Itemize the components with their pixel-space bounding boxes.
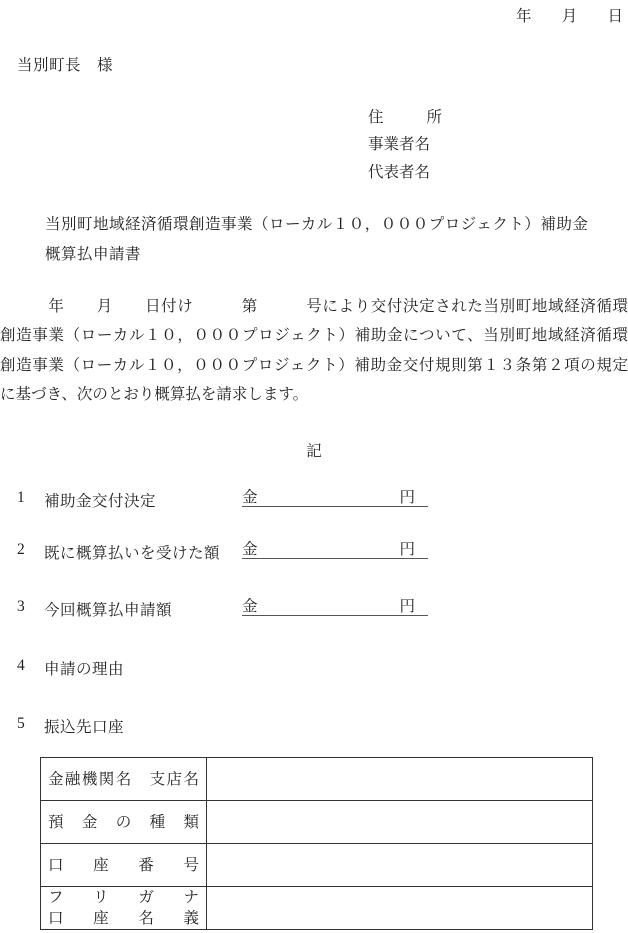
item-number: 1 — [17, 489, 25, 507]
amount-field-grant-decision[interactable]: 金 円 — [242, 489, 428, 507]
amount-prefix: 金 — [242, 541, 258, 558]
body-paragraph: 年 月 日付け 第 号により交付決定された当別町地域経済循環 創造事業（ローカル… — [0, 292, 628, 409]
account-holder-label-cell: フ リ ガ ナ 口 座 名 義 — [41, 887, 207, 929]
bank-account-table: 金融機関名 支店名 預 金 の 種 類 口 座 番 号 フ リ ガ ナ 口 座 … — [40, 757, 593, 930]
bank-institution-label-cell: 金融機関名 支店名 — [41, 758, 207, 800]
table-row: 預 金 の 種 類 — [41, 800, 592, 843]
item-label: 今回概算払申請額 — [44, 598, 172, 620]
date-day-label: 日 — [607, 4, 623, 26]
amount-suffix: 円 — [399, 489, 415, 506]
item-number: 2 — [17, 541, 25, 559]
amount-field-already-received[interactable]: 金 円 — [242, 541, 428, 559]
bank-institution-value-cell[interactable] — [207, 758, 592, 800]
document-title-line1: 当別町地域経済循環創造事業（ローカル１０，０００プロジェクト）補助金 — [45, 210, 588, 240]
document-page: 年 月 日 当別町長 様 住 所 事業者名 代表者名 当別町地域経済循環創造事業… — [0, 0, 628, 933]
sender-address-label: 住 所 — [368, 104, 442, 131]
body-line-3: 創造事業（ローカル１０，０００プロジェクト）補助金交付規則第１３条第２項の規定 — [0, 351, 628, 380]
account-holder-label: 口 座 名 義 — [48, 908, 199, 929]
item-label: 振込先口座 — [44, 715, 124, 737]
amount-field-current-request[interactable]: 金 円 — [242, 598, 428, 616]
body-line-2: 創造事業（ローカル１０，０００プロジェクト）補助金について、当別町地域経済循環 — [0, 321, 628, 350]
item-current-request: 3 今回概算払申請額 金 円 — [0, 598, 628, 618]
deposit-type-label: 預 金 の 種 類 — [48, 812, 199, 833]
account-number-label-cell: 口 座 番 号 — [41, 844, 207, 886]
item-grant-decision: 1 補助金交付決定 金 円 — [0, 489, 628, 509]
item-already-received: 2 既に概算払いを受けた額 金 円 — [0, 541, 628, 561]
section-marker: 記 — [0, 439, 628, 461]
item-number: 4 — [17, 657, 25, 675]
document-title: 当別町地域経済循環創造事業（ローカル１０，０００プロジェクト）補助金 概算払申請… — [45, 210, 588, 270]
amount-suffix: 円 — [399, 598, 415, 615]
addressee: 当別町長 様 — [17, 53, 113, 75]
body-line-4: に基づき、次のとおり概算払を請求します。 — [0, 380, 628, 409]
item-label: 補助金交付決定 — [44, 489, 156, 511]
item-label: 申請の理由 — [44, 657, 124, 679]
item-number: 5 — [17, 715, 25, 733]
date-line: 年 月 日 — [516, 4, 623, 26]
furigana-label: フ リ ガ ナ — [48, 887, 199, 908]
table-row: 金融機関名 支店名 — [41, 758, 592, 800]
account-number-label: 口 座 番 号 — [48, 855, 199, 876]
date-year-label: 年 — [516, 4, 532, 26]
item-number: 3 — [17, 598, 25, 616]
item-reason: 4 申請の理由 — [0, 657, 628, 677]
account-holder-value-cell[interactable] — [207, 887, 592, 929]
amount-prefix: 金 — [242, 489, 258, 506]
amount-prefix: 金 — [242, 598, 258, 615]
deposit-type-label-cell: 預 金 の 種 類 — [41, 801, 207, 843]
table-row: 口 座 番 号 — [41, 843, 592, 886]
amount-suffix: 円 — [399, 541, 415, 558]
bank-institution-label: 金融機関名 支店名 — [48, 769, 199, 790]
document-title-line2: 概算払申請書 — [45, 240, 588, 270]
date-month-label: 月 — [562, 4, 578, 26]
body-line-1: 年 月 日付け 第 号により交付決定された当別町地域経済循環 — [0, 292, 628, 321]
account-number-value-cell[interactable] — [207, 844, 592, 886]
sender-representative-label: 代表者名 — [368, 159, 442, 186]
sender-business-name-label: 事業者名 — [368, 131, 442, 158]
sender-block: 住 所 事業者名 代表者名 — [368, 104, 442, 186]
item-label: 既に概算払いを受けた額 — [44, 541, 220, 563]
deposit-type-value-cell[interactable] — [207, 801, 592, 843]
item-bank-account: 5 振込先口座 — [0, 715, 628, 735]
table-row: フ リ ガ ナ 口 座 名 義 — [41, 886, 592, 929]
